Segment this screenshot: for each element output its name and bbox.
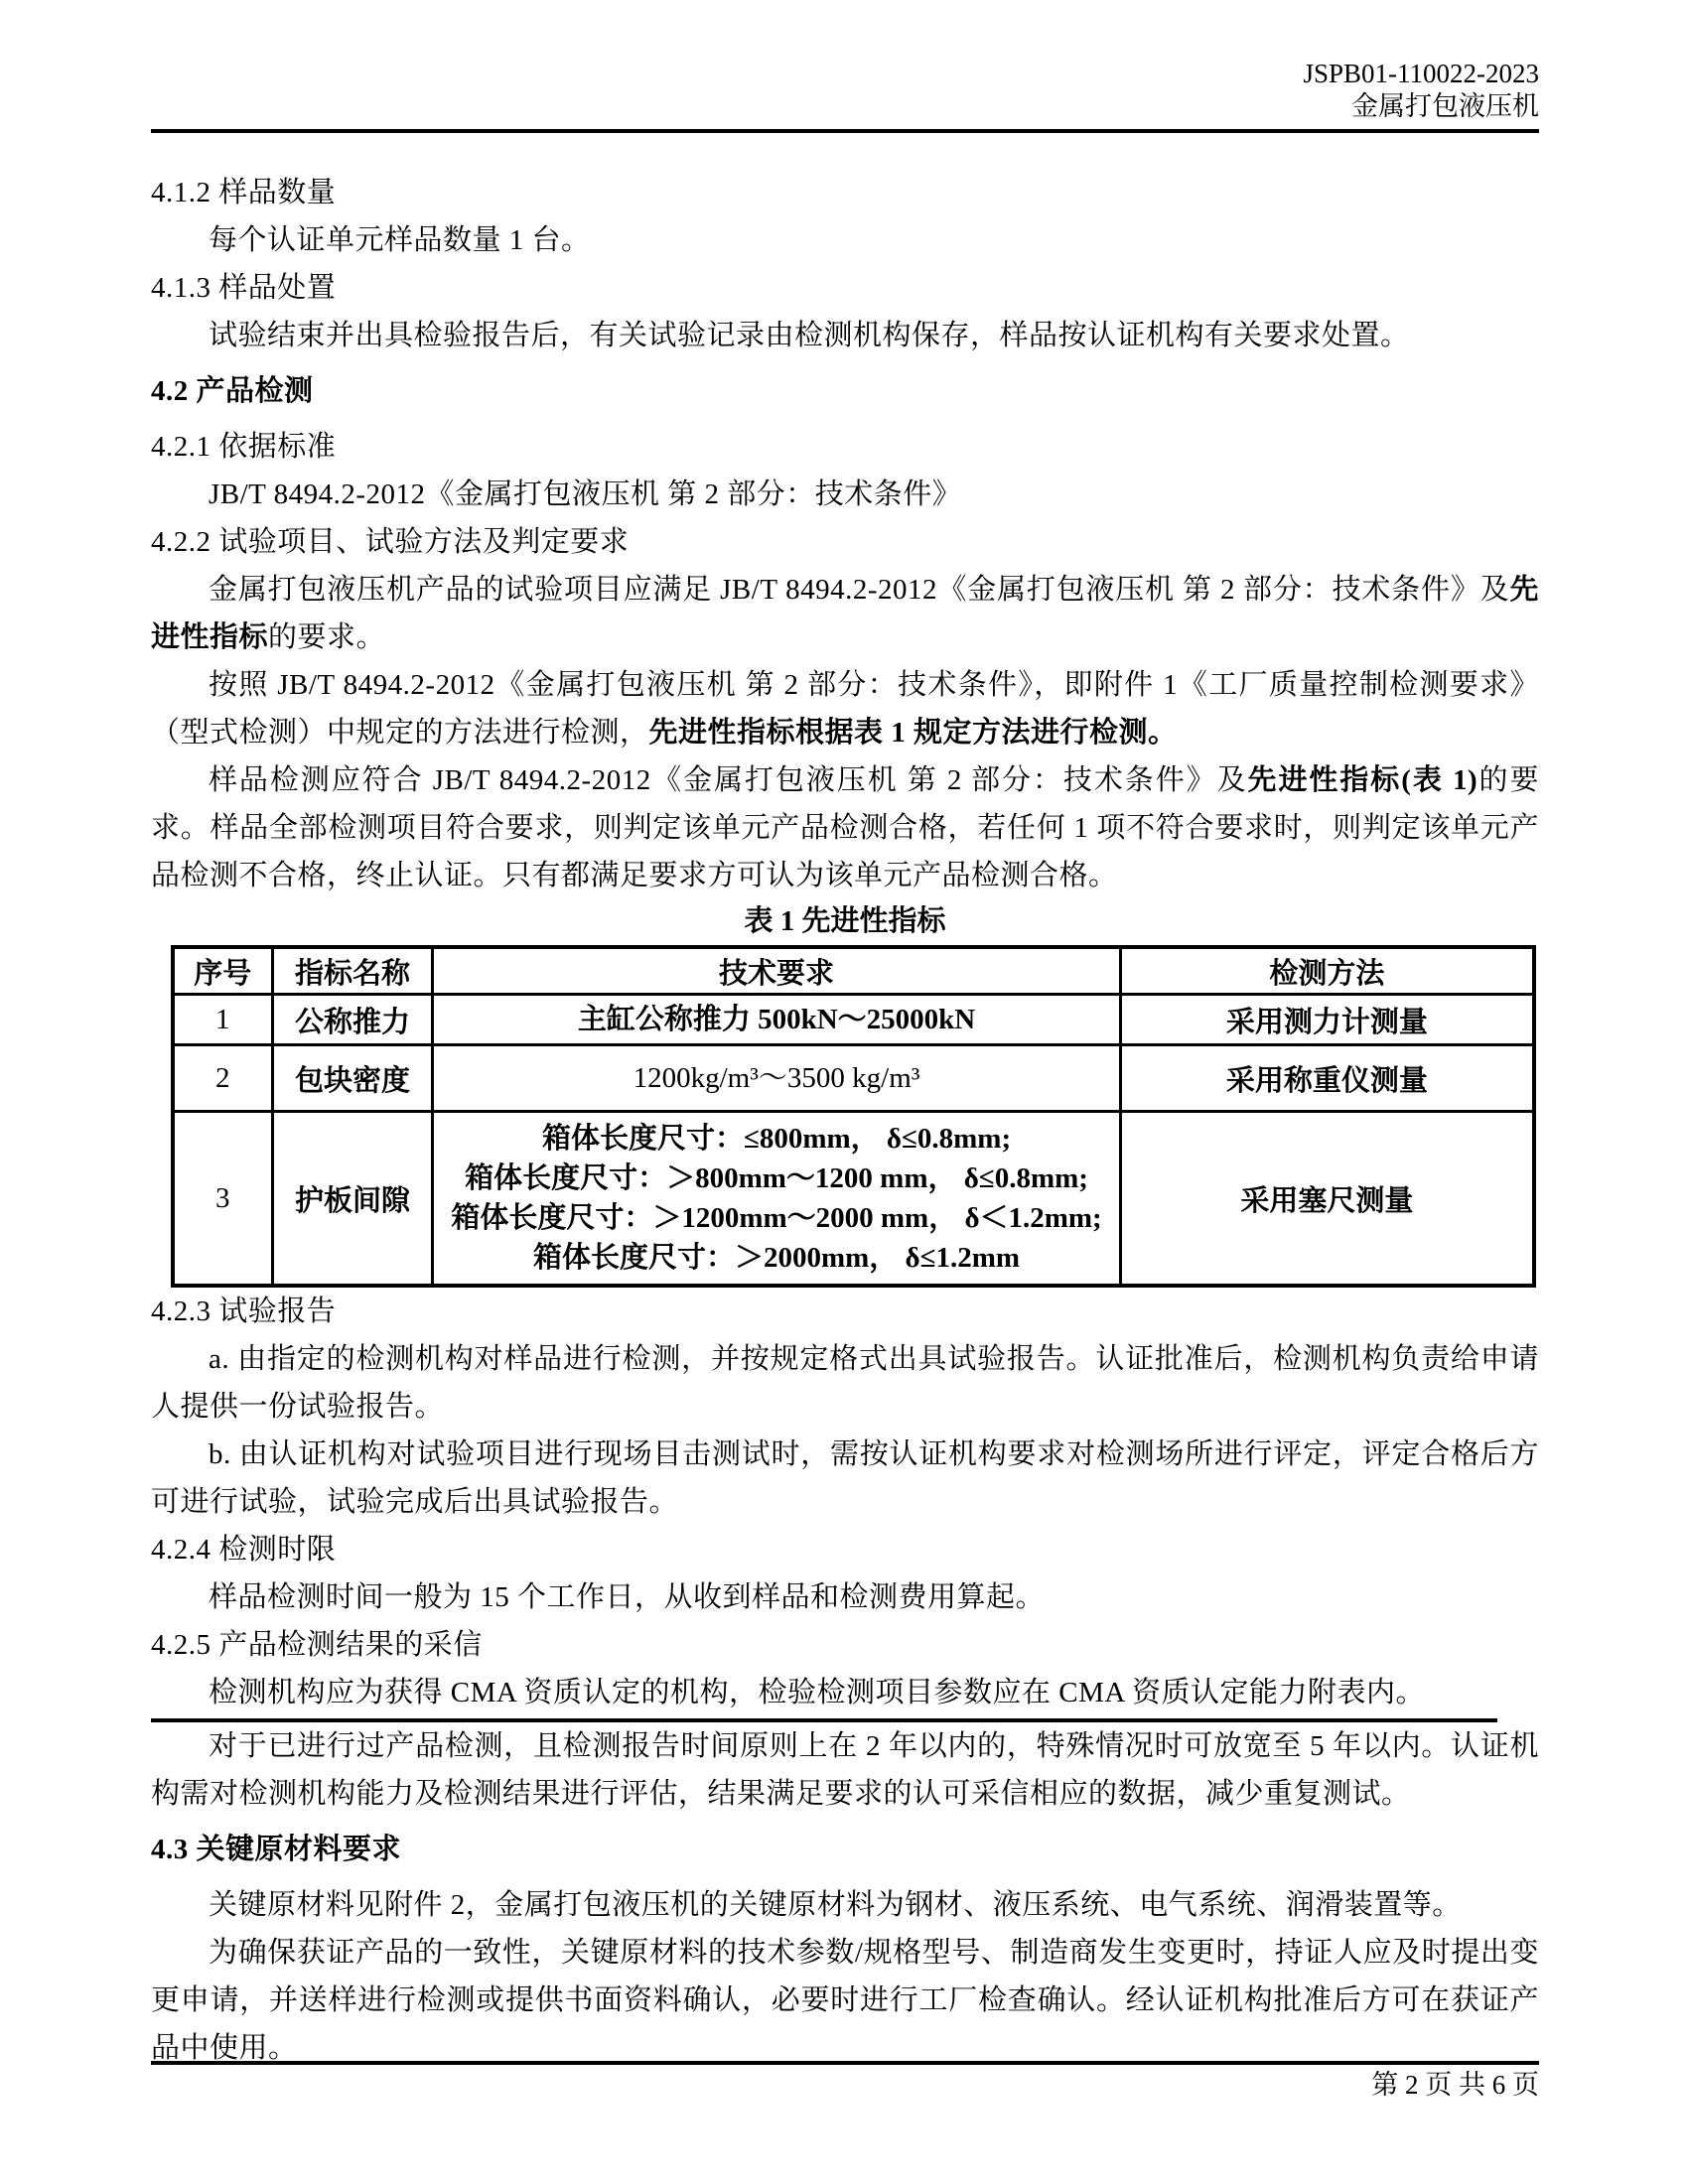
text-run: JB/T 8494.2-2012《金属打包液压机 第 2 部分：技术条件》 bbox=[209, 478, 961, 510]
requirement-line: 箱体长度尺寸：＞2000mm， δ≤1.2mm bbox=[436, 1238, 1116, 1278]
text-run: b. 由认证机构对试验项目进行现场目击测试时，需按认证机构要求对检测场所进行评定… bbox=[151, 1438, 1539, 1518]
column-header: 指标名称 bbox=[272, 947, 433, 995]
text-run: 4.2.4 检测时限 bbox=[151, 1534, 336, 1566]
advancement-indicators-table: 序号指标名称技术要求检测方法 1公称推力主缸公称推力 500kN～25000kN… bbox=[171, 945, 1536, 1288]
table-row: 1公称推力主缸公称推力 500kN～25000kN采用测力计测量 bbox=[173, 995, 1534, 1045]
text-run: 4.2.5 产品检测结果的采信 bbox=[151, 1629, 483, 1661]
paragraph: 试验结束并出具检验报告后，有关试验记录由检测机构保存，样品按认证机构有关要求处置… bbox=[151, 312, 1539, 359]
text-run: 先进性指标(表 1) bbox=[1248, 764, 1478, 796]
page-header: JSPB01-110022-2023 金属打包液压机 bbox=[151, 58, 1539, 123]
section-heading: 4.2.4 检测时限 bbox=[151, 1526, 1539, 1573]
cell-indicator-name: 护板间隙 bbox=[272, 1112, 433, 1287]
text-run: 4.3 关键原材料要求 bbox=[151, 1834, 401, 1865]
paragraph: 样品检测时间一般为 15 个工作日，从收到样品和检测费用算起。 bbox=[151, 1573, 1539, 1621]
cell-test-method: 采用塞尺测量 bbox=[1120, 1112, 1534, 1287]
paragraph: JB/T 8494.2-2012《金属打包液压机 第 2 部分：技术条件》 bbox=[151, 471, 1539, 518]
section-heading: 4.2.5 产品检测结果的采信 bbox=[151, 1621, 1539, 1669]
cell-index: 1 bbox=[173, 995, 272, 1045]
requirement-line: 箱体长度尺寸：≤800mm， δ≤0.8mm; bbox=[436, 1119, 1116, 1159]
page-footer: 第 2 页 共 6 页 bbox=[151, 2061, 1539, 2101]
text-run: 样品检测时间一般为 15 个工作日，从收到样品和检测费用算起。 bbox=[209, 1581, 1045, 1613]
paragraph: 样品检测应符合 JB/T 8494.2-2012《金属打包液压机 第 2 部分：… bbox=[151, 756, 1539, 899]
section-heading: 4.2.2 试验项目、试验方法及判定要求 bbox=[151, 518, 1539, 566]
section-heading: 4.2.1 依据标准 bbox=[151, 423, 1539, 471]
paragraph: 检测机构应为获得 CMA 资质认定的机构，检验检测项目参数应在 CMA 资质认定… bbox=[151, 1669, 1497, 1722]
text-run: 为确保获证产品的一致性，关键原材料的技术参数/规格型号、制造商发生变更时，持证人… bbox=[151, 1937, 1539, 2064]
text-run: 样品检测应符合 JB/T 8494.2-2012《金属打包液压机 第 2 部分：… bbox=[209, 764, 1248, 796]
section-heading: 4.1.2 样品数量 bbox=[151, 169, 1539, 216]
paragraph: 每个认证单元样品数量 1 台。 bbox=[151, 216, 1539, 264]
text-run: 4.1.2 样品数量 bbox=[151, 177, 336, 208]
column-header: 检测方法 bbox=[1120, 947, 1534, 995]
cell-indicator-name: 包块密度 bbox=[272, 1045, 433, 1112]
document-page: JSPB01-110022-2023 金属打包液压机 4.1.2 样品数量每个认… bbox=[0, 0, 1688, 2184]
table-row: 3护板间隙箱体长度尺寸：≤800mm， δ≤0.8mm;箱体长度尺寸：＞800m… bbox=[173, 1112, 1534, 1287]
header-rule bbox=[151, 129, 1539, 133]
table-caption: 表 1 先进性指标 bbox=[151, 901, 1539, 941]
footer-rule bbox=[151, 2061, 1539, 2065]
cell-index: 2 bbox=[173, 1045, 272, 1112]
table-header-row: 序号指标名称技术要求检测方法 bbox=[173, 947, 1534, 995]
header-doc-name: 金属打包液压机 bbox=[151, 90, 1539, 123]
document-body-top: 4.1.2 样品数量每个认证单元样品数量 1 台。4.1.3 样品处置试验结束并… bbox=[151, 169, 1539, 899]
text-run: 的要求。 bbox=[268, 621, 385, 653]
text-run: 先进性指标根据表 1 规定方法进行检测。 bbox=[649, 717, 1178, 749]
column-header: 序号 bbox=[173, 947, 272, 995]
text-run: 4.2.1 依据标准 bbox=[151, 431, 336, 463]
cell-index: 3 bbox=[173, 1112, 272, 1287]
page-number: 第 2 页 共 6 页 bbox=[151, 2069, 1539, 2101]
section-heading: 4.2 产品检测 bbox=[151, 367, 1539, 415]
cell-technical-requirement: 1200kg/m³～3500 kg/m³ bbox=[433, 1045, 1120, 1112]
paragraph: 关键原材料见附件 2，金属打包液压机的关键原材料为钢材、液压系统、电气系统、润滑… bbox=[151, 1881, 1539, 1929]
paragraph: a. 由指定的检测机构对样品进行检测，并按规定格式出具试验报告。认证批准后，检测… bbox=[151, 1335, 1539, 1431]
requirement-line: 主缸公称推力 500kN～25000kN bbox=[438, 1000, 1114, 1039]
requirement-line: 1200kg/m³～3500 kg/m³ bbox=[438, 1058, 1114, 1098]
text-run: 金属打包液压机产品的试验项目应满足 JB/T 8494.2-2012《金属打包液… bbox=[209, 574, 1509, 606]
text-run: 4.1.3 样品处置 bbox=[151, 272, 336, 304]
cell-test-method: 采用称重仪测量 bbox=[1120, 1045, 1534, 1112]
text-run: 关键原材料见附件 2，金属打包液压机的关键原材料为钢材、液压系统、电气系统、润滑… bbox=[209, 1889, 1462, 1921]
column-header: 技术要求 bbox=[433, 947, 1120, 995]
paragraph: b. 由认证机构对试验项目进行现场目击测试时，需按认证机构要求对检测场所进行评定… bbox=[151, 1431, 1539, 1526]
paragraph: 金属打包液压机产品的试验项目应满足 JB/T 8494.2-2012《金属打包液… bbox=[151, 566, 1539, 661]
text-run: 检测机构应为获得 CMA 资质认定的机构，检验检测项目参数应在 CMA 资质认定… bbox=[209, 1677, 1425, 1708]
cell-indicator-name: 公称推力 bbox=[272, 995, 433, 1045]
cell-test-method: 采用测力计测量 bbox=[1120, 995, 1534, 1045]
header-doc-code: JSPB01-110022-2023 bbox=[151, 58, 1539, 90]
text-run: 4.2.3 试验报告 bbox=[151, 1296, 336, 1327]
section-heading: 4.3 关键原材料要求 bbox=[151, 1826, 1539, 1873]
text-run: 试验结束并出具检验报告后，有关试验记录由检测机构保存，样品按认证机构有关要求处置… bbox=[209, 320, 1410, 351]
text-run: 4.2.2 试验项目、试验方法及判定要求 bbox=[151, 526, 629, 558]
cell-technical-requirement: 主缸公称推力 500kN～25000kN bbox=[433, 995, 1120, 1045]
document-body-bottom: 4.2.3 试验报告a. 由指定的检测机构对样品进行检测，并按规定格式出具试验报… bbox=[151, 1288, 1539, 2072]
text-run: 4.2 产品检测 bbox=[151, 375, 314, 407]
requirement-line: 箱体长度尺寸：＞1200mm～2000 mm， δ＜1.2mm; bbox=[436, 1198, 1116, 1238]
text-run: 每个认证单元样品数量 1 台。 bbox=[209, 224, 591, 256]
text-run: a. 由指定的检测机构对样品进行检测，并按规定格式出具试验报告。认证批准后，检测… bbox=[151, 1343, 1539, 1423]
section-heading: 4.2.3 试验报告 bbox=[151, 1288, 1539, 1335]
cell-technical-requirement: 箱体长度尺寸：≤800mm， δ≤0.8mm;箱体长度尺寸：＞800mm～120… bbox=[433, 1112, 1120, 1287]
table-row: 2包块密度1200kg/m³～3500 kg/m³采用称重仪测量 bbox=[173, 1045, 1534, 1112]
paragraph: 对于已进行过产品检测，且检测报告时间原则上在 2 年以内的，特殊情况时可放宽至 … bbox=[151, 1722, 1539, 1818]
section-heading: 4.1.3 样品处置 bbox=[151, 264, 1539, 312]
paragraph: 为确保获证产品的一致性，关键原材料的技术参数/规格型号、制造商发生变更时，持证人… bbox=[151, 1929, 1539, 2072]
paragraph: 按照 JB/T 8494.2-2012《金属打包液压机 第 2 部分：技术条件》… bbox=[151, 661, 1539, 756]
text-run: 对于已进行过产品检测，且检测报告时间原则上在 2 年以内的，特殊情况时可放宽至 … bbox=[151, 1730, 1539, 1810]
requirement-line: 箱体长度尺寸：＞800mm～1200 mm， δ≤0.8mm; bbox=[436, 1159, 1116, 1198]
